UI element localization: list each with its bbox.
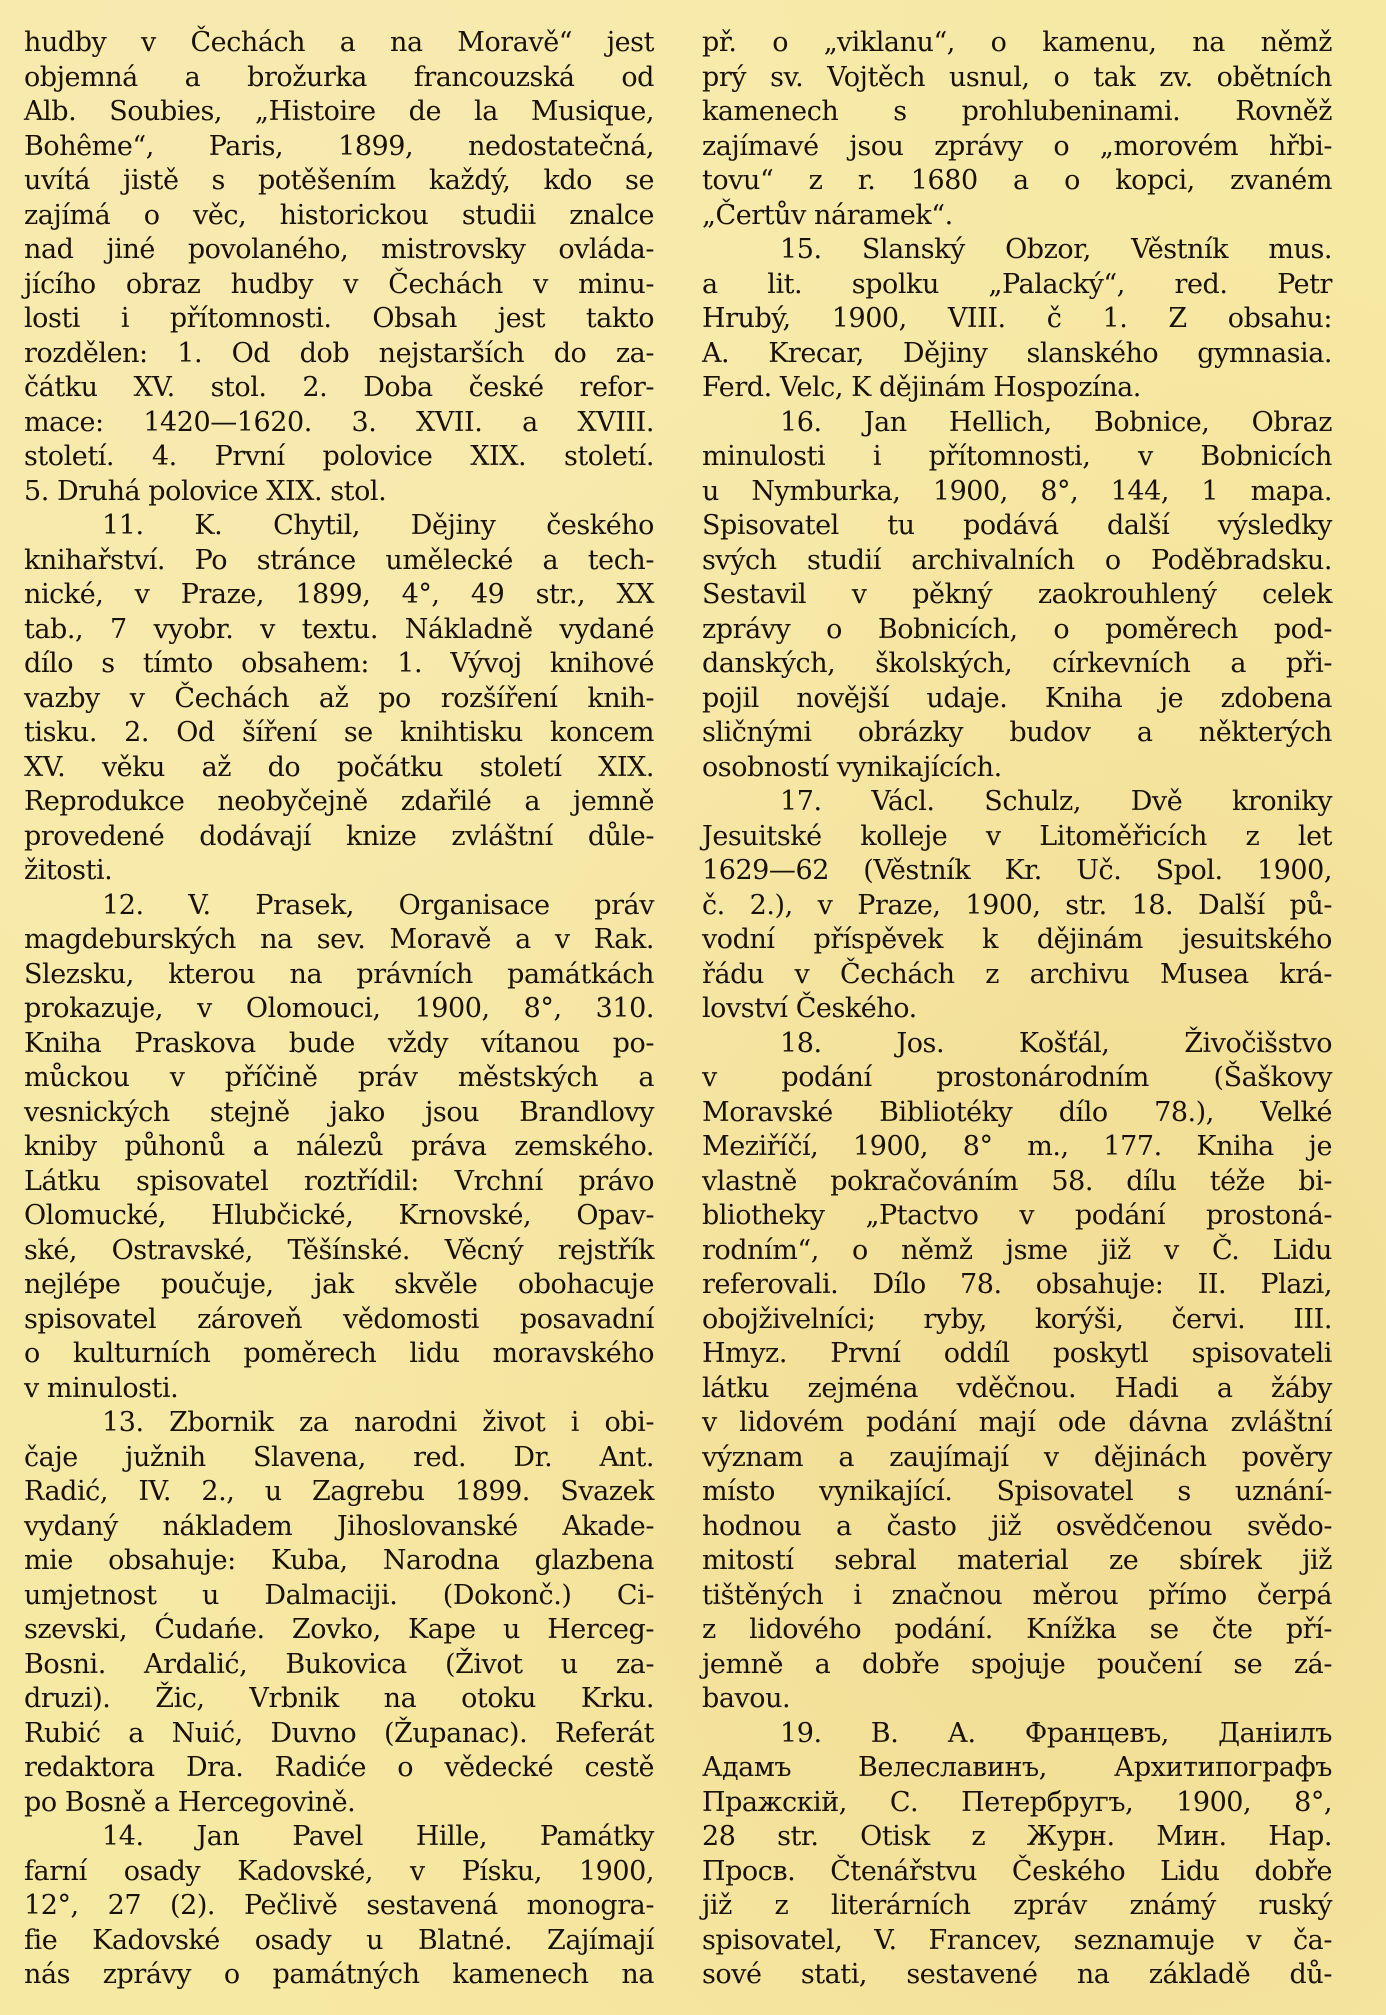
text-line: fie Kadovské osady u Blatné. Zajímají: [24, 1924, 654, 1959]
text-line: č. 2.), v Praze, 1900, str. 18. Další pů…: [702, 889, 1332, 924]
text-line: obojživelníci; ryby, korýši, červi. III.: [702, 1303, 1332, 1338]
text-line: žitosti.: [24, 854, 654, 889]
text-line: nejlépe poučuje, jak skvěle obohacuje: [24, 1268, 654, 1303]
text-line: Kniha Praskova bude vždy vítanou po-: [24, 1027, 654, 1062]
text-line: farní osady Kadovské, v Písku, 1900,: [24, 1855, 654, 1890]
text-line: tisku. 2. Od šíření se knihtisku koncem: [24, 716, 654, 751]
text-line: Spisovatel tu podává další výsledky: [702, 509, 1332, 544]
text-line: Ferd. Velc, K dějinám Hospozína.: [702, 371, 1332, 406]
text-line: 28 str. Otisk z Журн. Мин. Нар.: [702, 1820, 1332, 1855]
text-line: Reprodukce neobyčejně zdařilé a jemně: [24, 785, 654, 820]
text-line: význam a zaujímají v dějinách pověry: [702, 1441, 1332, 1476]
text-line: zajímavé jsou zprávy o „morovém hřbi-: [702, 130, 1332, 165]
text-line: mace: 1420—1620. 3. XVII. a XVIII.: [24, 406, 654, 441]
text-line: zajímá o věc, historickou studii znalce: [24, 199, 654, 234]
right-column: př. o „viklanu“, o kamenu, na němžprý sv…: [702, 26, 1332, 2015]
text-line: látku zejména vděčnou. Hadi a žáby: [702, 1372, 1332, 1407]
text-line: o kulturních poměrech lidu moravského: [24, 1337, 654, 1372]
entry-heading-line: 18. Jos. Košťál, Živočišstvo: [702, 1027, 1332, 1062]
text-line: tab., 7 vyobr. v textu. Nákladně vydané: [24, 613, 654, 648]
text-line: szevski, Ćudańe. Zovko, Kape u Herceg-: [24, 1613, 654, 1648]
document-page: hudby v Čechách a na Moravě“ jestobjemná…: [0, 0, 1386, 2015]
text-line: u Nymburka, 1900, 8°, 144, 1 mapa.: [702, 475, 1332, 510]
text-line: hudby v Čechách a na Moravě“ jest: [24, 26, 654, 61]
text-line: lovství Českého.: [702, 992, 1332, 1027]
text-line: pojil novější udaje. Kniha je zdobena: [702, 682, 1332, 717]
entry-heading-line: 14. Jan Pavel Hille, Památky: [24, 1820, 654, 1855]
entry-heading-line: 17. Václ. Schulz, Dvě kroniky: [702, 785, 1332, 820]
text-line: nad jiné povolaného, mistrovsky ovláda-: [24, 233, 654, 268]
text-line: prý sv. Vojtěch usnul, o tak zv. obětníc…: [702, 61, 1332, 96]
text-line: Bohême“, Paris, 1899, nedostatečná,: [24, 130, 654, 165]
text-line: minulosti i přítomnosti, v Bobnicích: [702, 440, 1332, 475]
text-line: zprávy o Bobnicích, o poměrech pod-: [702, 613, 1332, 648]
text-line: Пражскій, С. Петербругъ, 1900, 8°,: [702, 1786, 1332, 1821]
text-line: jemně a dobře spojuje poučení se zá-: [702, 1648, 1332, 1683]
entry-heading-line: 15. Slanský Obzor, Věstník mus.: [702, 233, 1332, 268]
text-line: knihařství. Po stránce umělecké a tech-: [24, 544, 654, 579]
text-line: Hmyz. První oddíl poskytl spisovateli: [702, 1337, 1332, 1372]
text-line: z lidového podání. Knížka se čte pří-: [702, 1613, 1332, 1648]
text-line: můckou v příčině práv městských a: [24, 1061, 654, 1096]
text-line: provedené dodávají knize zvláštní důle-: [24, 820, 654, 855]
text-line: sové stati, sestavené na základě dů-: [702, 1958, 1332, 1993]
text-line: osobností vynikajících.: [702, 751, 1332, 786]
text-line: A. Krecar, Dějiny slanského gymnasia.: [702, 337, 1332, 372]
text-line: sličnými obrázky budov a některých: [702, 716, 1332, 751]
text-line: vesnických stejně jako jsou Brandlovy: [24, 1096, 654, 1131]
text-line: losti i přítomnosti. Obsah jest takto: [24, 302, 654, 337]
text-line: 1629—62 (Věstník Kr. Uč. Spol. 1900,: [702, 854, 1332, 889]
text-line: v podání prostonárodním (Šaškovy: [702, 1061, 1332, 1096]
text-line: spisovatel, V. Francev, seznamuje v ča-: [702, 1924, 1332, 1959]
text-line: Látku spisovatel roztřídil: Vrchní právo: [24, 1165, 654, 1200]
text-line: Moravské Bibliotéky dílo 78.), Velké: [702, 1096, 1332, 1131]
text-line: svých studií archivalních o Poděbradsku.: [702, 544, 1332, 579]
text-line: Bosni. Ardalić, Bukovica (Život u za-: [24, 1648, 654, 1683]
entry-heading-line: 16. Jan Hellich, Bobnice, Obraz: [702, 406, 1332, 441]
text-line: Адамъ Велеславинъ, Архитипографъ: [702, 1751, 1332, 1786]
text-line: vazby v Čechách až po rozšíření knih-: [24, 682, 654, 717]
text-line: Slezsku, kterou na právních památkách: [24, 958, 654, 993]
text-line: kniby půhonů a nálezů práva zemského.: [24, 1130, 654, 1165]
text-line: umjetnost u Dalmaciji. (Dokonč.) Ci-: [24, 1579, 654, 1614]
text-line: místo vynikající. Spisovatel s uznání-: [702, 1475, 1332, 1510]
text-line: tovu“ z r. 1680 a o kopci, zvaném: [702, 164, 1332, 199]
text-line: př. o „viklanu“, o kamenu, na němž: [702, 26, 1332, 61]
text-line: Olomucké, Hlubčické, Krnovské, Opav-: [24, 1199, 654, 1234]
text-line: rodním“, o němž jsme již v Č. Lidu: [702, 1234, 1332, 1269]
text-line: již z literárních zpráv známý ruský: [702, 1889, 1332, 1924]
text-line: objemná a brožurka francouzská od: [24, 61, 654, 96]
entry-heading-line: 12. V. Prasek, Organisace práv: [24, 889, 654, 924]
text-line: spisovatel zároveň vědomosti posavadní: [24, 1303, 654, 1338]
text-line: „Čertův náramek“.: [702, 199, 1332, 234]
text-line: Rubić a Nuić, Duvno (Županac). Referát: [24, 1717, 654, 1752]
text-line: v lidovém podání mají ode dávna zvláštní: [702, 1406, 1332, 1441]
text-line: Radić, IV. 2., u Zagrebu 1899. Svazek: [24, 1475, 654, 1510]
text-line: ské, Ostravské, Těšínské. Věcný rejstřík: [24, 1234, 654, 1269]
text-line: uvítá jistě s potěšením každý, kdo se: [24, 164, 654, 199]
entry-heading-line: 11. K. Chytil, Dějiny českého: [24, 509, 654, 544]
text-line: redaktora Dra. Radiće o vědecké cestě: [24, 1751, 654, 1786]
text-line: Sestavil v pěkný zaokrouhlený celek: [702, 578, 1332, 613]
entry-heading-line: 13. Zbornik za narodni život i obi-: [24, 1406, 654, 1441]
text-line: referovali. Dílo 78. obsahuje: II. Plazi…: [702, 1268, 1332, 1303]
text-line: vodní příspěvek k dějinám jesuitského: [702, 923, 1332, 958]
text-line: vydaný nákladem Jihoslovanské Akade-: [24, 1510, 654, 1545]
text-line: v minulosti.: [24, 1372, 654, 1407]
text-line: mie obsahuje: Kuba, Narodna glazbena: [24, 1544, 654, 1579]
text-line: řádu v Čechách z archivu Musea krá-: [702, 958, 1332, 993]
entry-heading-line: 19. В. А. Францевъ, Даніилъ: [702, 1717, 1332, 1752]
text-line: dílo s tímto obsahem: 1. Vývoj knihové: [24, 647, 654, 682]
text-line: vlastně pokračováním 58. dílu téže bi-: [702, 1165, 1332, 1200]
text-line: po Bosně a Hercegovině.: [24, 1786, 654, 1821]
text-line: tištěných i značnou měrou přímo čerpá: [702, 1579, 1332, 1614]
text-line: XV. věku až do počátku století XIX.: [24, 751, 654, 786]
text-line: čaje južnih Slavena, red. Dr. Ant.: [24, 1441, 654, 1476]
text-line: Alb. Soubies, „Histoire de la Musique,: [24, 95, 654, 130]
text-line: rozdělen: 1. Od dob nejstarších do za-: [24, 337, 654, 372]
text-line: čátku XV. stol. 2. Doba české refor-: [24, 371, 654, 406]
text-line: hodnou a často již osvědčenou svědo-: [702, 1510, 1332, 1545]
text-line: bavou.: [702, 1682, 1332, 1717]
text-line: století. 4. První polovice XIX. století.: [24, 440, 654, 475]
text-line: druzi). Žic, Vrbnik na otoku Krku.: [24, 1682, 654, 1717]
text-line: magdeburských na sev. Moravě a v Rak.: [24, 923, 654, 958]
text-line: nás zprávy o památných kamenech na: [24, 1958, 654, 1993]
text-line: prokazuje, v Olomouci, 1900, 8°, 310.: [24, 992, 654, 1027]
text-line: danských, školských, církevních a při-: [702, 647, 1332, 682]
text-line: 5. Druhá polovice XIX. stol.: [24, 475, 654, 510]
text-line: mitostí sebral material ze sbírek již: [702, 1544, 1332, 1579]
left-column: hudby v Čechách a na Moravě“ jestobjemná…: [24, 26, 654, 2015]
text-line: bliotheky „Ptactvo v podání prostoná-: [702, 1199, 1332, 1234]
text-line: a lit. spolku „Palacký“, red. Petr: [702, 268, 1332, 303]
text-line: jícího obraz hudby v Čechách v minu-: [24, 268, 654, 303]
text-line: kamenech s prohlubeninami. Rovněž: [702, 95, 1332, 130]
text-line: 12°, 27 (2). Pečlivě sestavená monogra-: [24, 1889, 654, 1924]
text-line: Hrubý, 1900, VIII. č 1. Z obsahu:: [702, 302, 1332, 337]
text-line: Jesuitské kolleje v Litoměřicích z let: [702, 820, 1332, 855]
text-line: Просв. Čtenářstvu Českého Lidu dobře: [702, 1855, 1332, 1890]
text-line: nické, v Praze, 1899, 4°, 49 str., XX: [24, 578, 654, 613]
text-line: Meziříčí, 1900, 8° m., 177. Kniha je: [702, 1130, 1332, 1165]
